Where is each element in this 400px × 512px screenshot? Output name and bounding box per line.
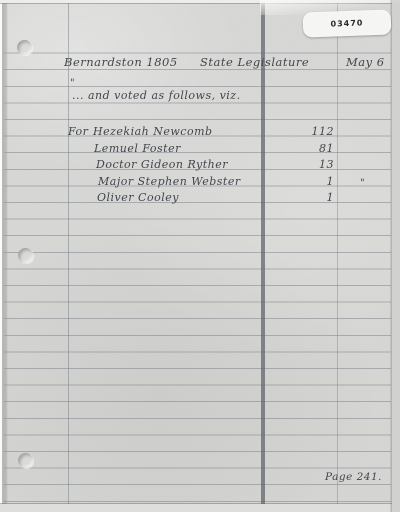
- intro-line: ... and voted as follows, viz.: [72, 89, 241, 103]
- punch-hole-top: [17, 40, 32, 55]
- vote-name: Hezekiah Newcomb: [93, 125, 213, 139]
- vote-name: Oliver Cooley: [97, 191, 179, 205]
- vote-prefix: For: [68, 125, 88, 139]
- ruled-lines: [2, 37, 391, 505]
- ditto-mark: ": [360, 177, 365, 191]
- vote-count: 1: [282, 191, 334, 205]
- punch-hole-bottom: [18, 453, 33, 468]
- title-date: May 6: [346, 55, 385, 69]
- margin-line: [68, 0, 69, 505]
- page-number: Page 241.: [325, 470, 382, 484]
- vote-count: 81: [282, 142, 334, 156]
- title-subject: State Legislature: [200, 55, 309, 69]
- vote-count: 13: [282, 158, 334, 172]
- title-place-year: Bernardston 1805: [64, 55, 178, 69]
- vote-row: For Hezekiah Newcomb 112: [0, 125, 400, 140]
- punch-hole-middle: [18, 248, 33, 263]
- center-divider-line: [261, 0, 265, 505]
- page-left-edge: [0, 0, 8, 512]
- tally-column-line: [337, 0, 338, 505]
- vote-row: Lemuel Foster 81: [0, 142, 400, 157]
- catalog-sticker: 03470: [303, 9, 392, 37]
- vote-name: Major Stephen Webster: [98, 175, 241, 189]
- vote-row: Doctor Gideon Ryther 13: [0, 158, 400, 173]
- page-bottom-edge: [0, 503, 400, 512]
- sticker-number: 03470: [330, 18, 363, 28]
- page-right-edge: [390, 0, 400, 512]
- scanned-document-page: 03470 Bernardston 1805 State Legislature…: [0, 0, 400, 512]
- vote-row: Major Stephen Webster 1: [0, 175, 400, 190]
- vote-name: Lemuel Foster: [94, 142, 181, 156]
- vote-count: 1: [282, 175, 334, 189]
- vote-count: 112: [282, 125, 334, 139]
- vote-row: Oliver Cooley 1: [0, 191, 400, 206]
- vote-name: Doctor Gideon Ryther: [96, 158, 228, 172]
